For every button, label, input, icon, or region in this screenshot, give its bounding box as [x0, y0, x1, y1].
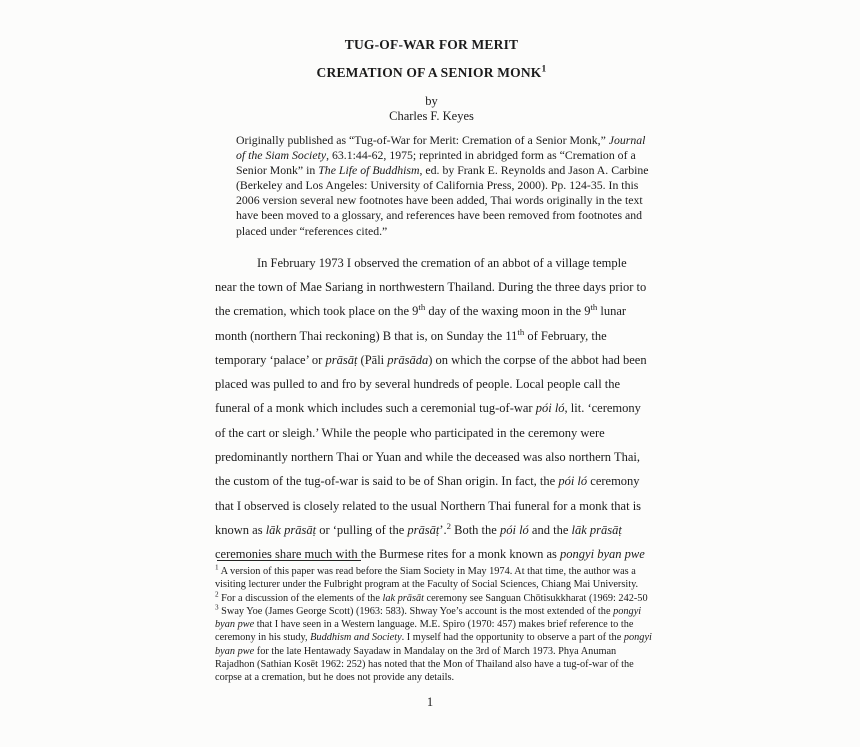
page-content-column: TUG-OF-WAR FOR MERIT CREMATION OF A SENI… — [215, 0, 648, 563]
doc-title-line-2: CREMATION OF A SENIOR MONK1 — [215, 65, 648, 81]
page-number: 1 — [0, 695, 860, 710]
doc-title-line-1: TUG-OF-WAR FOR MERIT — [215, 37, 648, 53]
author-name: Charles F. Keyes — [215, 109, 648, 124]
footnote-block: 1 A version of this paper was read befor… — [215, 560, 655, 685]
footnote-1: 1 A version of this paper was read befor… — [215, 565, 655, 592]
footnote-separator-line — [217, 560, 361, 561]
footnote-3: 3 Sway Yoe (James George Scott) (1963: 5… — [215, 605, 655, 685]
byline: by — [215, 94, 648, 109]
publication-citation-block: Originally published as “Tug-of-War for … — [236, 133, 656, 239]
body-paragraph: In February 1973 I observed the crematio… — [215, 251, 648, 563]
document-page: TUG-OF-WAR FOR MERIT CREMATION OF A SENI… — [0, 0, 860, 747]
footnote-2: 2 For a discussion of the elements of th… — [215, 592, 655, 605]
body-text-wrap: In February 1973 I observed the crematio… — [215, 239, 648, 563]
